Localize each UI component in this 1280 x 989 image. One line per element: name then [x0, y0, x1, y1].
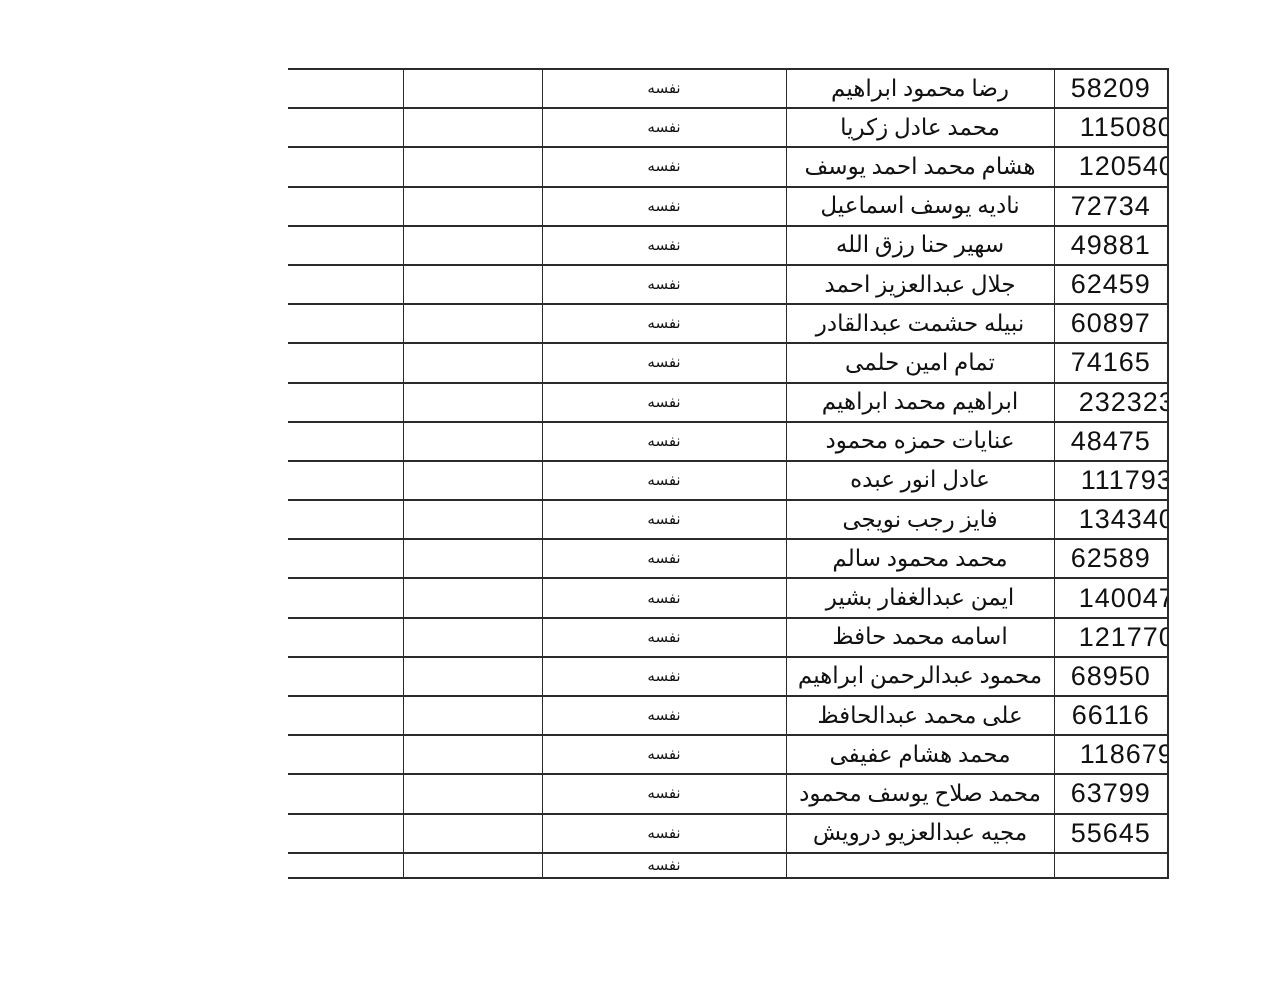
records-table-body: نفسهرضا محمود ابراهيم58209نفسهمحمد عادل …: [288, 69, 1168, 878]
empty-cell-a: [288, 187, 403, 226]
name-cell: مجيه عبدالعزيو درويش: [786, 814, 1054, 853]
number-cell: 118679: [1054, 735, 1168, 774]
number-cell-text: 120540: [1079, 151, 1167, 182]
relation-cell-content: نفسه: [543, 227, 786, 264]
number-cell-text: 118679: [1080, 739, 1167, 770]
number-cell-text: 121770: [1079, 622, 1167, 653]
empty-cell-b-content: [404, 697, 542, 734]
empty-cell-a: [288, 500, 403, 539]
name-cell-text: هشام محمد احمد يوسف: [804, 154, 1035, 180]
table-row: نفسهاسامه محمد حافظ121770: [288, 618, 1168, 657]
number-cell-content: 48475: [1055, 423, 1168, 460]
records-table: نفسهرضا محمود ابراهيم58209نفسهمحمد عادل …: [288, 68, 1169, 879]
relation-cell-content: نفسه: [543, 462, 786, 499]
table-row: نفسهمحمد محمود سالم62589: [288, 539, 1168, 578]
document-page: نفسهرضا محمود ابراهيم58209نفسهمحمد عادل …: [0, 0, 1280, 989]
relation-cell-content: نفسه: [543, 697, 786, 734]
relation-cell-text: نفسه: [647, 353, 680, 372]
empty-cell-b: [403, 265, 542, 304]
table-row: نفسه: [288, 853, 1168, 878]
relation-cell: نفسه: [542, 461, 786, 500]
number-cell-content: 115080: [1055, 109, 1168, 146]
relation-cell: نفسه: [542, 147, 786, 186]
relation-cell-content: نفسه: [543, 305, 786, 342]
relation-cell: نفسه: [542, 265, 786, 304]
number-cell-content: 55645: [1055, 815, 1168, 852]
name-cell-text: سهير حنا رزق الله: [836, 232, 1004, 258]
empty-cell-a-content: [288, 775, 403, 812]
name-cell: سهير حنا رزق الله: [786, 226, 1054, 265]
empty-cell-b: [403, 343, 542, 382]
name-cell-text: فايز رجب نويجى: [842, 507, 997, 533]
number-cell-text: 68950: [1071, 661, 1151, 692]
relation-cell-text: نفسه: [647, 706, 680, 725]
relation-cell-content: نفسه: [543, 854, 786, 877]
name-cell-content: محمد محمود سالم: [787, 540, 1054, 577]
relation-cell: نفسه: [542, 304, 786, 343]
empty-cell-a: [288, 853, 403, 878]
number-cell: 63799: [1054, 774, 1168, 813]
table-row: نفسهمحمد عادل زكريا115080: [288, 108, 1168, 147]
relation-cell-text: نفسه: [647, 745, 680, 764]
name-cell-text: نبيله حشمت عبدالقادر: [816, 311, 1024, 337]
empty-cell-b: [403, 696, 542, 735]
empty-cell-a: [288, 69, 403, 108]
relation-cell: نفسه: [542, 618, 786, 657]
name-cell-content: على محمد عبدالحافظ: [787, 697, 1054, 734]
number-cell-text: 62459: [1071, 269, 1151, 300]
relation-cell-content: نفسه: [543, 70, 786, 107]
relation-cell-text: نفسه: [647, 157, 680, 176]
empty-cell-b: [403, 853, 542, 878]
empty-cell-b-content: [404, 148, 542, 185]
relation-cell-text: نفسه: [647, 314, 680, 333]
name-cell-text: عادل انور عبده: [850, 467, 990, 493]
number-cell-text: 63799: [1071, 778, 1151, 809]
number-cell-content: 62589: [1055, 540, 1168, 577]
table-row: نفسهسهير حنا رزق الله49881: [288, 226, 1168, 265]
table-row: نفسهعنايات حمزه محمود48475: [288, 422, 1168, 461]
name-cell: هشام محمد احمد يوسف: [786, 147, 1054, 186]
empty-cell-a: [288, 304, 403, 343]
name-cell-content: اسامه محمد حافظ: [787, 619, 1054, 656]
name-cell-content: رضا محمود ابراهيم: [787, 70, 1054, 107]
name-cell: على محمد عبدالحافظ: [786, 696, 1054, 735]
name-cell: محمد عادل زكريا: [786, 108, 1054, 147]
name-cell-text: ايمن عبدالغفار بشير: [826, 585, 1015, 611]
name-cell: [786, 853, 1054, 878]
number-cell-content: 49881: [1055, 227, 1168, 264]
empty-cell-a: [288, 383, 403, 422]
empty-cell-a-content: [288, 619, 403, 656]
name-cell: محمد صلاح يوسف محمود: [786, 774, 1054, 813]
number-cell: 140047: [1054, 578, 1168, 617]
name-cell: ناديه يوسف اسماعيل: [786, 187, 1054, 226]
number-cell: 111793: [1054, 461, 1168, 500]
name-cell-content: [787, 854, 1054, 877]
relation-cell-content: نفسه: [543, 266, 786, 303]
relation-cell-text: نفسه: [647, 589, 680, 608]
empty-cell-a: [288, 343, 403, 382]
relation-cell-text: نفسه: [647, 628, 680, 647]
empty-cell-a-content: [288, 579, 403, 616]
relation-cell-content: نفسه: [543, 736, 786, 773]
name-cell-content: مجيه عبدالعزيو درويش: [787, 815, 1054, 852]
empty-cell-b-content: [404, 736, 542, 773]
empty-cell-b: [403, 618, 542, 657]
number-cell-text: 115080: [1080, 112, 1167, 143]
number-cell: 72734: [1054, 187, 1168, 226]
relation-cell-content: نفسه: [543, 658, 786, 695]
number-cell-content: 232323: [1055, 384, 1168, 421]
empty-cell-a: [288, 657, 403, 696]
name-cell-text: ناديه يوسف اسماعيل: [820, 193, 1019, 219]
empty-cell-b: [403, 383, 542, 422]
name-cell-content: فايز رجب نويجى: [787, 501, 1054, 538]
name-cell-content: عادل انور عبده: [787, 462, 1054, 499]
empty-cell-b: [403, 422, 542, 461]
relation-cell-content: نفسه: [543, 109, 786, 146]
table-row: نفسهعادل انور عبده111793: [288, 461, 1168, 500]
name-cell-text: ابراهيم محمد ابراهيم: [822, 389, 1019, 415]
relation-cell: نفسه: [542, 422, 786, 461]
name-cell: فايز رجب نويجى: [786, 500, 1054, 539]
number-cell-text: 62589: [1071, 543, 1151, 574]
relation-cell: نفسه: [542, 853, 786, 878]
name-cell: جلال عبدالعزيز احمد: [786, 265, 1054, 304]
empty-cell-a: [288, 774, 403, 813]
relation-cell-content: نفسه: [543, 815, 786, 852]
number-cell-content: 134340: [1055, 501, 1168, 538]
name-cell-text: جلال عبدالعزيز احمد: [824, 272, 1015, 298]
relation-cell-text: نفسه: [647, 549, 680, 568]
name-cell-content: عنايات حمزه محمود: [787, 423, 1054, 460]
relation-cell-content: نفسه: [543, 188, 786, 225]
number-cell-content: 68950: [1055, 658, 1168, 695]
number-cell-text: 134340: [1079, 504, 1167, 535]
number-cell-text: 72734: [1071, 191, 1151, 222]
empty-cell-a: [288, 735, 403, 774]
empty-cell-a-content: [288, 423, 403, 460]
number-cell: 55645: [1054, 814, 1168, 853]
relation-cell-content: نفسه: [543, 423, 786, 460]
empty-cell-a: [288, 265, 403, 304]
empty-cell-b: [403, 774, 542, 813]
number-cell: 121770: [1054, 618, 1168, 657]
number-cell: [1054, 853, 1168, 878]
relation-cell-text: نفسه: [647, 197, 680, 216]
empty-cell-b-content: [404, 188, 542, 225]
name-cell-text: محمود عبدالرحمن ابراهيم: [798, 663, 1042, 689]
relation-cell: نفسه: [542, 69, 786, 108]
empty-cell-a-content: [288, 697, 403, 734]
relation-cell-content: نفسه: [543, 579, 786, 616]
empty-cell-b-content: [404, 658, 542, 695]
name-cell-text: محمد هشام عفيفى: [829, 742, 1010, 768]
empty-cell-a: [288, 422, 403, 461]
relation-cell-text: نفسه: [647, 236, 680, 255]
relation-cell-text: نفسه: [647, 471, 680, 490]
empty-cell-b-content: [404, 540, 542, 577]
records-table-container: نفسهرضا محمود ابراهيم58209نفسهمحمد عادل …: [288, 68, 1168, 879]
empty-cell-b: [403, 69, 542, 108]
table-row: نفسهابراهيم محمد ابراهيم232323: [288, 383, 1168, 422]
name-cell: ابراهيم محمد ابراهيم: [786, 383, 1054, 422]
relation-cell: نفسه: [542, 735, 786, 774]
name-cell: رضا محمود ابراهيم: [786, 69, 1054, 108]
empty-cell-a-content: [288, 736, 403, 773]
relation-cell-content: نفسه: [543, 384, 786, 421]
number-cell: 48475: [1054, 422, 1168, 461]
empty-cell-b-content: [404, 266, 542, 303]
number-cell-content: 60897: [1055, 305, 1168, 342]
name-cell: عادل انور عبده: [786, 461, 1054, 500]
number-cell-content: 58209: [1055, 70, 1168, 107]
empty-cell-a: [288, 696, 403, 735]
empty-cell-b-content: [404, 501, 542, 538]
empty-cell-a-content: [288, 501, 403, 538]
empty-cell-b-content: [404, 815, 542, 852]
relation-cell: نفسه: [542, 814, 786, 853]
empty-cell-b-content: [404, 423, 542, 460]
relation-cell-text: نفسه: [647, 856, 680, 875]
table-row: نفسهايمن عبدالغفار بشير140047: [288, 578, 1168, 617]
table-row: نفسهعلى محمد عبدالحافظ66116: [288, 696, 1168, 735]
number-cell: 115080: [1054, 108, 1168, 147]
empty-cell-b-content: [404, 619, 542, 656]
relation-cell-content: نفسه: [543, 540, 786, 577]
number-cell: 68950: [1054, 657, 1168, 696]
table-row: نفسهمحمد صلاح يوسف محمود63799: [288, 774, 1168, 813]
number-cell-content: 62459: [1055, 266, 1168, 303]
number-cell-content: 118679: [1055, 736, 1168, 773]
name-cell-text: عنايات حمزه محمود: [825, 428, 1014, 454]
empty-cell-b-content: [404, 344, 542, 381]
relation-cell-content: نفسه: [543, 619, 786, 656]
number-cell: 134340: [1054, 500, 1168, 539]
number-cell-content: 111793: [1055, 462, 1168, 499]
relation-cell: نفسه: [542, 343, 786, 382]
relation-cell-text: نفسه: [647, 275, 680, 294]
name-cell-text: محمد محمود سالم: [832, 546, 1007, 572]
number-cell-content: 72734: [1055, 188, 1168, 225]
number-cell-text: 60897: [1071, 308, 1151, 339]
number-cell-content: 121770: [1055, 619, 1168, 656]
table-row: نفسهجلال عبدالعزيز احمد62459: [288, 265, 1168, 304]
number-cell-text: 111793: [1081, 465, 1167, 496]
relation-cell-content: نفسه: [543, 148, 786, 185]
number-cell-content: 74165: [1055, 344, 1168, 381]
empty-cell-a-content: [288, 658, 403, 695]
number-cell: 62589: [1054, 539, 1168, 578]
number-cell: 232323: [1054, 383, 1168, 422]
relation-cell: نفسه: [542, 539, 786, 578]
empty-cell-a-content: [288, 815, 403, 852]
empty-cell-a-content: [288, 305, 403, 342]
empty-cell-b: [403, 735, 542, 774]
number-cell: 74165: [1054, 343, 1168, 382]
name-cell-content: هشام محمد احمد يوسف: [787, 148, 1054, 185]
number-cell-text: 49881: [1071, 230, 1151, 261]
relation-cell: نفسه: [542, 774, 786, 813]
name-cell-text: على محمد عبدالحافظ: [817, 703, 1022, 729]
name-cell: محمد هشام عفيفى: [786, 735, 1054, 774]
number-cell: 62459: [1054, 265, 1168, 304]
empty-cell-a-content: [288, 540, 403, 577]
number-cell: 120540: [1054, 147, 1168, 186]
relation-cell-content: نفسه: [543, 775, 786, 812]
empty-cell-b: [403, 461, 542, 500]
name-cell-content: نبيله حشمت عبدالقادر: [787, 305, 1054, 342]
name-cell-content: محمد عادل زكريا: [787, 109, 1054, 146]
empty-cell-a-content: [288, 70, 403, 107]
relation-cell-text: نفسه: [647, 667, 680, 686]
relation-cell: نفسه: [542, 696, 786, 735]
number-cell-text: 48475: [1071, 426, 1151, 457]
empty-cell-a: [288, 539, 403, 578]
name-cell-content: ابراهيم محمد ابراهيم: [787, 384, 1054, 421]
empty-cell-b: [403, 814, 542, 853]
number-cell-text: 140047: [1079, 583, 1167, 614]
name-cell: تمام امين حلمى: [786, 343, 1054, 382]
number-cell-text: 58209: [1071, 73, 1151, 104]
empty-cell-b: [403, 226, 542, 265]
empty-cell-b-content: [404, 579, 542, 616]
empty-cell-b: [403, 578, 542, 617]
empty-cell-b-content: [404, 775, 542, 812]
name-cell: ايمن عبدالغفار بشير: [786, 578, 1054, 617]
relation-cell-text: نفسه: [647, 118, 680, 137]
empty-cell-b: [403, 108, 542, 147]
relation-cell-content: نفسه: [543, 501, 786, 538]
table-row: نفسهفايز رجب نويجى134340: [288, 500, 1168, 539]
empty-cell-b: [403, 304, 542, 343]
empty-cell-b: [403, 147, 542, 186]
relation-cell-text: نفسه: [647, 432, 680, 451]
empty-cell-b-content: [404, 384, 542, 421]
empty-cell-b-content: [404, 305, 542, 342]
name-cell: محمد محمود سالم: [786, 539, 1054, 578]
name-cell-content: سهير حنا رزق الله: [787, 227, 1054, 264]
name-cell: عنايات حمزه محمود: [786, 422, 1054, 461]
name-cell-text: رضا محمود ابراهيم: [831, 76, 1009, 102]
empty-cell-b-content: [404, 854, 542, 877]
number-cell-content: 140047: [1055, 579, 1168, 616]
number-cell: 60897: [1054, 304, 1168, 343]
table-row: نفسهمجيه عبدالعزيو درويش55645: [288, 814, 1168, 853]
empty-cell-a-content: [288, 854, 403, 877]
empty-cell-a-content: [288, 109, 403, 146]
name-cell-text: اسامه محمد حافظ: [832, 624, 1007, 650]
empty-cell-a-content: [288, 344, 403, 381]
number-cell-text: 74165: [1071, 347, 1151, 378]
empty-cell-a-content: [288, 462, 403, 499]
table-row: نفسهناديه يوسف اسماعيل72734: [288, 187, 1168, 226]
name-cell-content: جلال عبدالعزيز احمد: [787, 266, 1054, 303]
empty-cell-b-content: [404, 227, 542, 264]
empty-cell-a: [288, 618, 403, 657]
relation-cell: نفسه: [542, 578, 786, 617]
name-cell-content: ايمن عبدالغفار بشير: [787, 579, 1054, 616]
number-cell-content: 63799: [1055, 775, 1168, 812]
number-cell-text: 55645: [1071, 818, 1151, 849]
relation-cell-content: نفسه: [543, 344, 786, 381]
name-cell-content: محمود عبدالرحمن ابراهيم: [787, 658, 1054, 695]
number-cell-text: 66116: [1072, 700, 1150, 731]
relation-cell: نفسه: [542, 383, 786, 422]
empty-cell-a-content: [288, 266, 403, 303]
name-cell: محمود عبدالرحمن ابراهيم: [786, 657, 1054, 696]
relation-cell: نفسه: [542, 500, 786, 539]
empty-cell-a-content: [288, 227, 403, 264]
number-cell-text: 232323: [1079, 387, 1167, 418]
number-cell: 66116: [1054, 696, 1168, 735]
empty-cell-a: [288, 108, 403, 147]
empty-cell-b: [403, 187, 542, 226]
number-cell: 49881: [1054, 226, 1168, 265]
relation-cell: نفسه: [542, 226, 786, 265]
table-row: نفسهتمام امين حلمى74165: [288, 343, 1168, 382]
empty-cell-b: [403, 657, 542, 696]
number-cell-content: [1055, 854, 1168, 877]
empty-cell-a-content: [288, 148, 403, 185]
name-cell-content: محمد هشام عفيفى: [787, 736, 1054, 773]
empty-cell-b: [403, 500, 542, 539]
name-cell: اسامه محمد حافظ: [786, 618, 1054, 657]
name-cell-text: محمد عادل زكريا: [840, 115, 1000, 141]
relation-cell-text: نفسه: [647, 824, 680, 843]
name-cell-content: محمد صلاح يوسف محمود: [787, 775, 1054, 812]
table-row: نفسههشام محمد احمد يوسف120540: [288, 147, 1168, 186]
name-cell-text: تمام امين حلمى: [845, 350, 995, 376]
empty-cell-b-content: [404, 462, 542, 499]
table-row: نفسهمحمود عبدالرحمن ابراهيم68950: [288, 657, 1168, 696]
empty-cell-a: [288, 578, 403, 617]
number-cell-content: 66116: [1055, 697, 1168, 734]
empty-cell-a: [288, 226, 403, 265]
name-cell-text: محمد صلاح يوسف محمود: [799, 781, 1041, 807]
relation-cell-text: نفسه: [647, 784, 680, 803]
table-row: نفسهنبيله حشمت عبدالقادر60897: [288, 304, 1168, 343]
relation-cell-text: نفسه: [647, 393, 680, 412]
relation-cell-text: نفسه: [647, 510, 680, 529]
table-row: نفسهمحمد هشام عفيفى118679: [288, 735, 1168, 774]
name-cell-content: تمام امين حلمى: [787, 344, 1054, 381]
empty-cell-a-content: [288, 384, 403, 421]
empty-cell-a: [288, 814, 403, 853]
name-cell-content: ناديه يوسف اسماعيل: [787, 188, 1054, 225]
table-row: نفسهرضا محمود ابراهيم58209: [288, 69, 1168, 108]
name-cell-text: مجيه عبدالعزيو درويش: [813, 820, 1027, 846]
empty-cell-b: [403, 539, 542, 578]
empty-cell-b-content: [404, 70, 542, 107]
number-cell: 58209: [1054, 69, 1168, 108]
name-cell: نبيله حشمت عبدالقادر: [786, 304, 1054, 343]
empty-cell-a: [288, 461, 403, 500]
number-cell-content: 120540: [1055, 148, 1168, 185]
relation-cell: نفسه: [542, 187, 786, 226]
empty-cell-b-content: [404, 109, 542, 146]
relation-cell: نفسه: [542, 657, 786, 696]
empty-cell-a: [288, 147, 403, 186]
relation-cell-text: نفسه: [647, 79, 680, 98]
relation-cell: نفسه: [542, 108, 786, 147]
empty-cell-a-content: [288, 188, 403, 225]
